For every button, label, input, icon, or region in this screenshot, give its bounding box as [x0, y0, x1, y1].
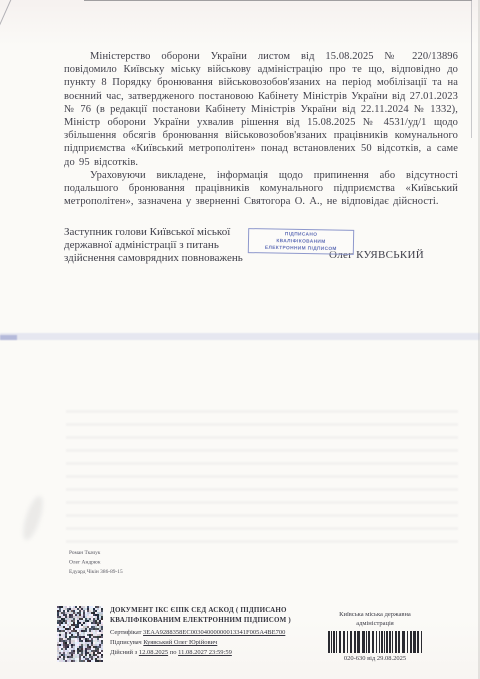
esignature-title: ДОКУМЕНТ ІКС ЄІПК СЕД АСКОД ( ПІДПИСАНО …	[110, 606, 318, 625]
registration-number: 020-630 від 29.08.2025	[312, 655, 438, 662]
scan-streak-band	[0, 333, 480, 340]
executor-name: Роман Ткачук	[69, 548, 237, 557]
scan-streak-mark	[0, 335, 17, 340]
executor-phone: Едуард Чікін 386-89-15	[69, 567, 237, 576]
signature-position-line: здійснення самоврядних повноважень	[64, 252, 304, 265]
bleed-through-text-ghost	[66, 410, 458, 545]
electronic-signature-stamp: ПІДПИСАНО КВАЛІФІКОВАНИМ ЕЛЕКТРОННИМ ПІД…	[248, 228, 354, 255]
scan-smudge	[19, 494, 47, 542]
signer-line: Підписувач Куявський Олег Юрійович	[110, 638, 318, 648]
certificate-value: 3EAA9288358EC00304000000013341F005A4BE70…	[143, 629, 285, 636]
validity-to: 11.08.2027 23:59:59	[178, 649, 232, 656]
org-name-line: адміністрація	[312, 619, 438, 628]
signer-value: Куявський Олег Юрійович	[143, 639, 217, 646]
esignature-fields: Сертифікат 3EAA9288358EC0030400000001334…	[110, 628, 318, 658]
validity-to-label: по	[170, 649, 177, 656]
barcode	[327, 631, 423, 653]
esignature-title-line: ДОКУМЕНТ ІКС ЄІПК СЕД АСКОД ( ПІДПИСАНО	[110, 606, 318, 616]
scanned-letter-page: Міністерство оборони України листом від …	[0, 0, 480, 679]
electronic-signature-stamp-text: ПІДПИСАНО КВАЛІФІКОВАНИМ ЕЛЕКТРОННИМ ПІД…	[249, 229, 353, 253]
executor-name: Олег Андрюк	[69, 557, 237, 566]
esignature-title-line: КВАЛІФІКОВАНИМ ЕЛЕКТРОННИМ ПІДПИСОМ )	[110, 616, 318, 626]
certificate-line: Сертифікат 3EAA9288358EC0030400000001334…	[110, 628, 318, 638]
scan-edge-line	[471, 0, 472, 138]
executors-list: Роман Ткачук Олег Андрюк Едуард Чікін 38…	[69, 548, 239, 595]
letter-paragraph-2: Ураховуючи викладене, інформація щодо пр…	[64, 169, 458, 209]
validity-from: 12.08.2025	[139, 649, 168, 656]
stamp-line: ЕЛЕКТРОННИМ ПІДПИСОМ	[249, 244, 353, 253]
registration-block: Київська міська державна адміністрація 0…	[312, 610, 438, 662]
esignature-details-block: ДОКУМЕНТ ІКС ЄІПК СЕД АСКОД ( ПІДПИСАНО …	[110, 606, 318, 658]
qr-code	[57, 606, 103, 662]
certificate-label: Сертифікат	[110, 629, 141, 636]
org-name-line: Київська міська державна	[312, 610, 438, 619]
letter-body: Міністерство оборони України листом від …	[64, 50, 458, 208]
letter-paragraph-1: Міністерство оборони України листом від …	[64, 50, 458, 169]
scan-top-edge-line	[84, 0, 472, 1]
executors-lines: Роман Ткачук Олег Андрюк Едуард Чікін 38…	[69, 548, 237, 576]
validity-line: Дійсний з 12.08.2025 по 11.08.2027 23:59…	[110, 648, 318, 658]
signer-label: Підписувач	[110, 639, 142, 646]
validity-label: Дійсний з	[110, 649, 137, 656]
scan-fold-line	[0, 0, 13, 44]
